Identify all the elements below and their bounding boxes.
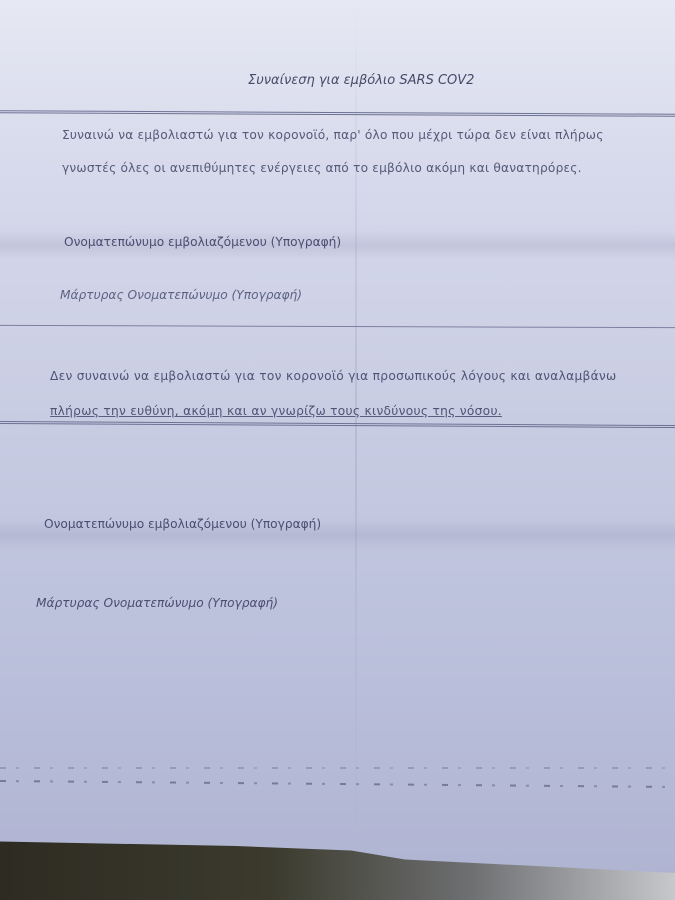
consent-text-line-1: Συναινώ να εμβολιαστώ για τον κορονοϊό, … [62, 128, 604, 142]
consent-form-paper: Συναίνεση για εμβόλιο SARS COV2 Συναινώ … [0, 0, 675, 900]
faint-print-artifact [0, 780, 675, 788]
refusal-text-line-1: Δεν συναινώ να εμβολιαστώ για τον κορονο… [50, 369, 617, 383]
consent-vaccinee-signature-label: Ονοματεπώνυμο εμβολιαζόμενου (Υπογραφή) [64, 235, 341, 249]
document-title: Συναίνεση για εμβόλιο SARS COV2 [248, 73, 474, 88]
refusal-text-line-2: πλήρως την ευθύνη, ακόμη και αν γνωρίζω … [50, 404, 502, 418]
refusal-vaccinee-signature-label: Ονοματεπώνυμο εμβολιαζόμενου (Υπογραφή) [44, 517, 321, 531]
section-divider [0, 325, 675, 328]
faint-print-artifact [0, 767, 675, 769]
section-divider [0, 421, 675, 428]
consent-witness-signature-label: Μάρτυρας Ονοματεπώνυμο (Υπογραφή) [60, 288, 302, 302]
section-divider [0, 110, 675, 117]
consent-text-line-2: γνωστές όλες οι ανεπιθύμητες ενέργειες α… [62, 161, 582, 175]
refusal-witness-signature-label: Μάρτυρας Ονοματεπώνυμο (Υπογραφή) [36, 596, 278, 610]
